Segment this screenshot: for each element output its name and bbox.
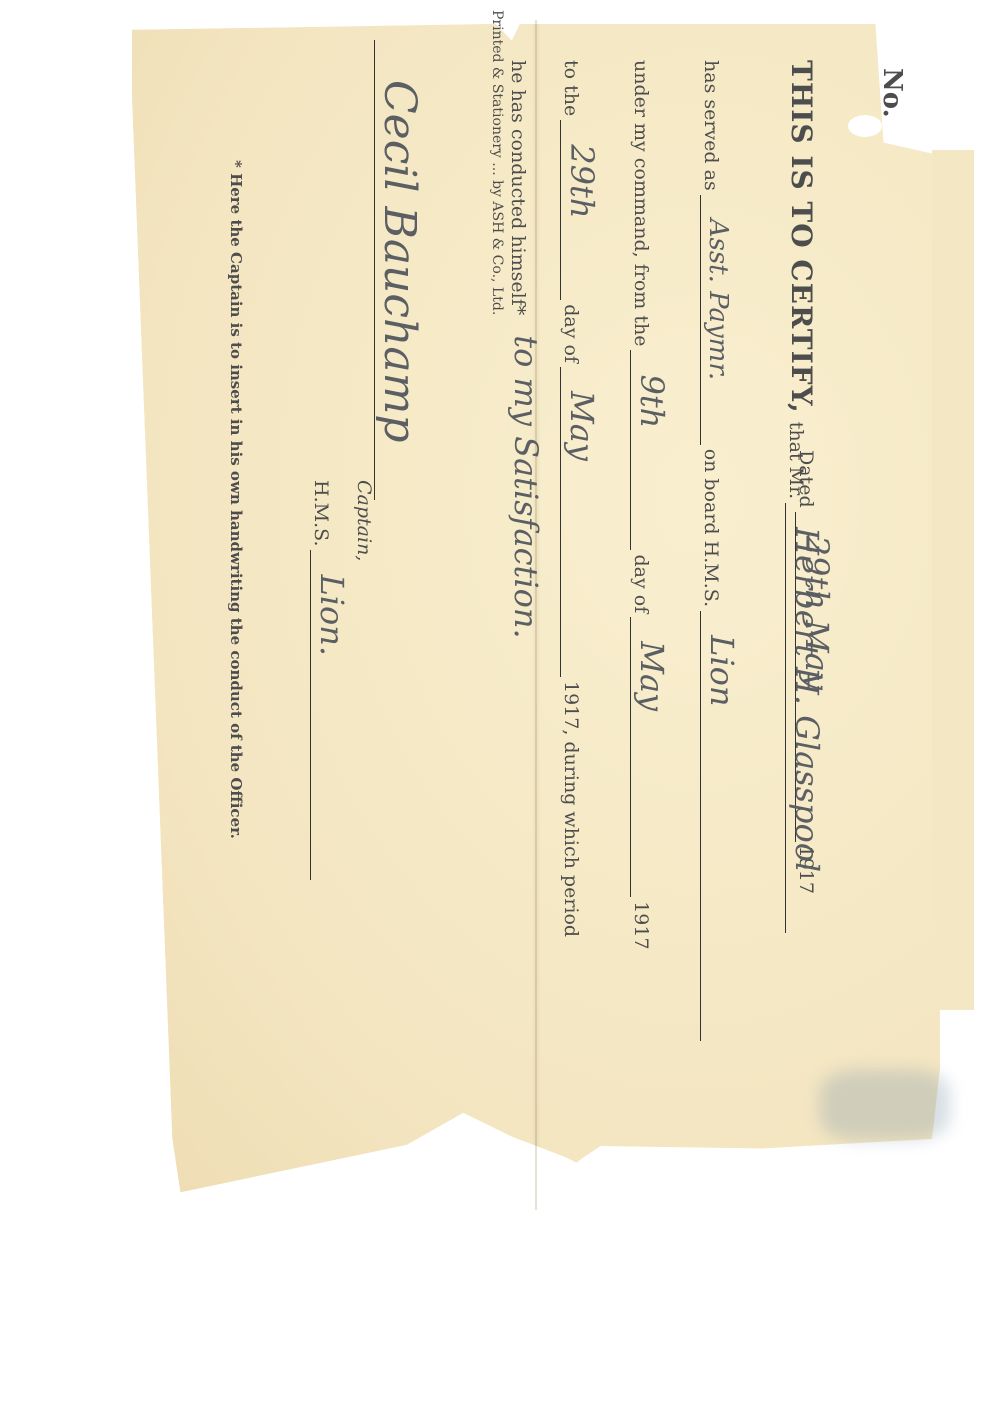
certify-heading: THIS IS TO CERTIFY,: [785, 60, 818, 414]
command-label: under my command, from the: [630, 60, 652, 346]
on-board-label: on board H.M.S.: [700, 449, 722, 607]
rank-value: Asst. Paymr.: [703, 219, 733, 380]
to-the-label: to the: [560, 60, 582, 116]
name-value: Herbert H. Glasspool: [788, 527, 826, 872]
signature-row: Cecil Bauchamp: [374, 80, 425, 442]
to-day-field: 29th: [560, 120, 595, 300]
to-day-of-label: day of: [560, 304, 582, 363]
captain-signature: Cecil Bauchamp: [374, 80, 425, 442]
rank-field: Asst. Paymr.: [700, 195, 735, 445]
certificate-number-label: No.: [877, 68, 907, 118]
day-of-label: day of: [630, 554, 652, 613]
name-field: Herbert H. Glasspool: [785, 503, 820, 933]
captain-ship-field: Lion.: [310, 550, 345, 880]
from-month-value: May: [633, 641, 671, 711]
command-row: under my command, from the 9th day of Ma…: [630, 60, 665, 950]
to-month-field: May: [560, 367, 595, 677]
during-label: , during which period: [560, 729, 582, 937]
hms-row: H.M.S. Lion.: [310, 480, 345, 884]
hms-label: H.M.S.: [310, 480, 332, 546]
from-day-field: 9th: [630, 350, 665, 550]
ship-field: Lion: [700, 611, 735, 1041]
conduct-row: he has conducted himself* to my Satisfac…: [507, 60, 545, 639]
printer-imprint: Printed & Stationery ... by ASH & Co., L…: [489, 10, 505, 315]
footnote: * Here the Captain is to insert in his o…: [227, 160, 245, 839]
captain-label-row: Captain,: [353, 480, 375, 561]
conducted-label: he has conducted himself*: [507, 60, 529, 315]
captain-ship-value: Lion.: [313, 574, 351, 656]
from-day-value: 9th: [633, 374, 671, 428]
captain-label: Captain,: [353, 480, 375, 561]
to-day-value: 29th: [563, 144, 601, 218]
certify-row: THIS IS TO CERTIFY, that Mr. Herbert H. …: [785, 60, 820, 937]
from-year: 1917: [630, 901, 652, 949]
certificate-content: Printed & Stationery ... by ASH & Co., L…: [85, 40, 985, 1120]
served-as-label: has served as: [700, 60, 722, 191]
served-row: has served as Asst. Paymr. on board H.M.…: [700, 60, 735, 1045]
to-year: 1917: [560, 681, 582, 729]
conduct-value: to my Satisfaction.: [507, 335, 545, 638]
from-month-field: May: [630, 617, 665, 897]
ship-value: Lion: [703, 635, 741, 706]
that-mr-label: that Mr.: [785, 422, 807, 499]
to-row: to the 29th day of May 1917 , during whi…: [560, 60, 595, 937]
to-month-value: May: [563, 391, 601, 461]
